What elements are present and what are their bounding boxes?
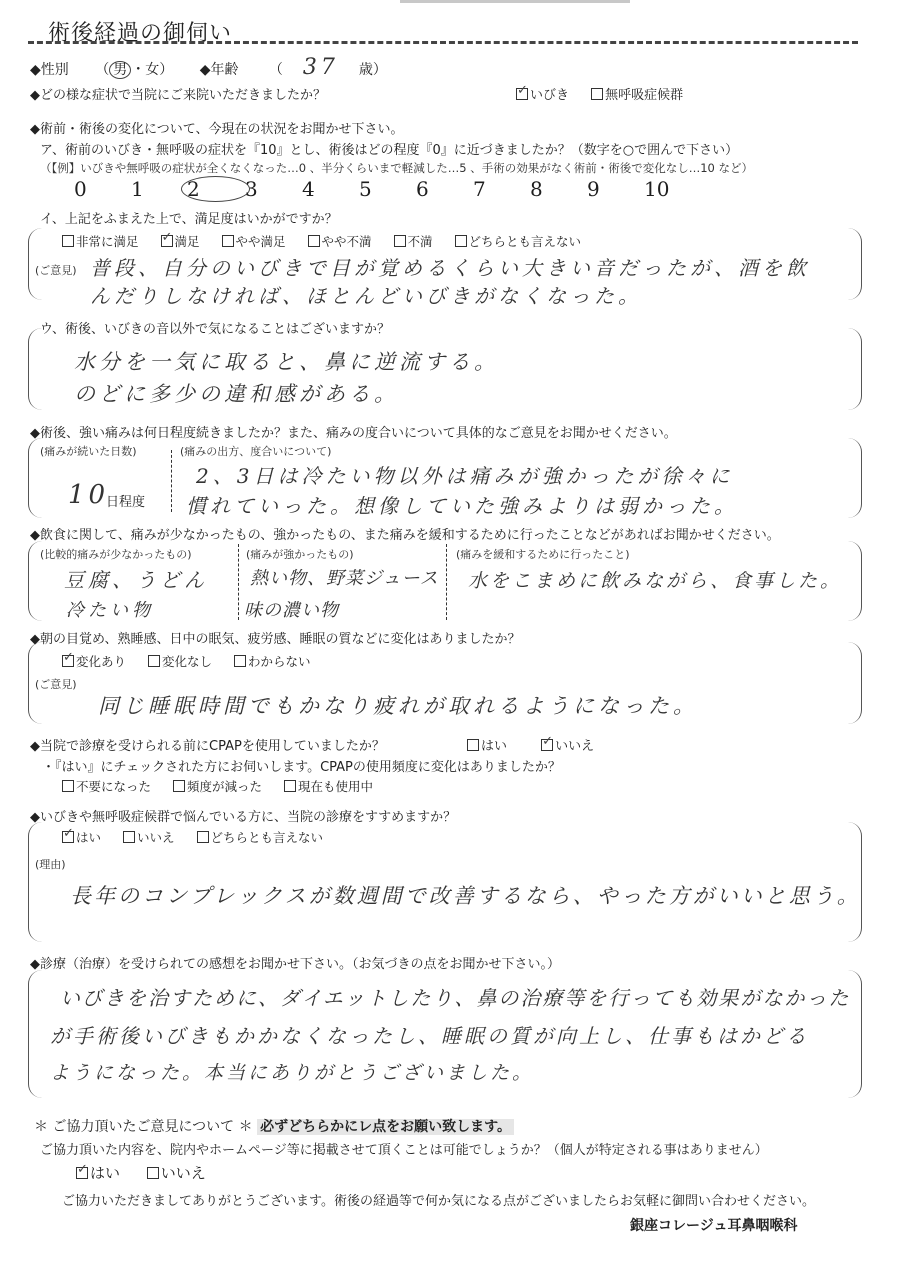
- consent-thanks: ご協力いただきましてありがとうございます。術後の経過等で何か気になる点がございま…: [62, 1190, 815, 1209]
- scale-7[interactable]: 7: [473, 177, 530, 201]
- food-divider-1: [238, 544, 239, 620]
- recommend-option-no[interactable]: いいえ: [123, 830, 175, 845]
- age-value[interactable]: 37: [303, 55, 339, 80]
- food-less-pain-line-2[interactable]: 冷たい物: [66, 596, 154, 622]
- pain-degree-line-2[interactable]: 慣れていった。想像していた強みよりは弱かった。: [186, 490, 738, 519]
- cpap-options: はい いいえ: [467, 735, 612, 754]
- scale-4[interactable]: 4: [302, 177, 359, 201]
- recommend-option-neither[interactable]: どちらとも言えない: [197, 830, 324, 845]
- other-concerns-line-2[interactable]: のどに多少の違和感がある。: [74, 378, 399, 408]
- recommend-options: はい いいえ どちらとも言えない: [62, 828, 341, 846]
- option-neither[interactable]: どちらとも言えない: [455, 234, 582, 249]
- satisfaction-opinion-line-1[interactable]: 普段、自分のいびきで目が覚めるくらい大きい音だったが、酒を飲: [90, 252, 810, 281]
- clinic-name: 銀座コレージュ耳鼻咽喉科: [630, 1215, 797, 1235]
- scale-10[interactable]: 10: [644, 177, 701, 201]
- option-still-using[interactable]: 現在も使用中: [284, 779, 373, 794]
- symptoms-question: ◆どの様な症状で当院にご来院いただきましたか？: [30, 84, 326, 103]
- scale-1[interactable]: 1: [131, 177, 188, 201]
- food-less-pain-line-1[interactable]: 豆腐、うどん: [64, 564, 208, 593]
- age-label: ◆年齢: [200, 62, 239, 78]
- change-a-question: ア、術前のいびき・無呼吸の症状を『10』とし、術後はどの程度『0』に近づきました…: [40, 139, 738, 158]
- impressions-line-1[interactable]: いびきを治すために、ダイエットしたり、鼻の治療等を行っても効果がなかった: [60, 982, 850, 1011]
- scale-9[interactable]: 9: [587, 177, 644, 201]
- sleep-opinion-label: (ご意見): [35, 676, 77, 692]
- recommend-reason-line-1[interactable]: 長年のコンプレックスが数週間で改善するなら、やった方がいいと思う。: [70, 880, 861, 910]
- option-satisfied[interactable]: 満足: [161, 234, 200, 249]
- option-somewhat-satisfied[interactable]: やや満足: [222, 234, 286, 249]
- option-no-longer-needed[interactable]: 不要になった: [62, 779, 151, 794]
- symptom-option-apnea[interactable]: 無呼吸症候群: [591, 88, 683, 103]
- option-very-satisfied[interactable]: 非常に満足: [62, 234, 139, 249]
- scale-2[interactable]: 2: [188, 176, 245, 202]
- checkbox-icon[interactable]: [591, 88, 603, 100]
- symptom-option-snoring[interactable]: いびき: [516, 88, 569, 103]
- pain-degree-label: (痛みの出方、度合いについて): [180, 443, 331, 459]
- severity-scale: 012345678910: [74, 176, 701, 202]
- recommend-option-yes[interactable]: はい: [62, 830, 101, 845]
- food-strong-pain-label: (痛みが強かったもの): [246, 546, 354, 562]
- food-relief-line-1[interactable]: 水をこまめに飲みながら、食事した。: [468, 566, 842, 593]
- consent-question: ご協力頂いた内容を、院内やホームページ等に掲載させて頂くことは可能でしょうか？（…: [40, 1139, 768, 1158]
- cpap-followup-options: 不要になった 頻度が減った 現在も使用中: [62, 777, 391, 795]
- change-example: （【例】いびきや無呼吸の症状が全くなくなった…0 、半分くらいまで軽減した…5 …: [40, 160, 753, 176]
- sleep-options: 変化あり 変化なし わからない: [62, 652, 329, 670]
- other-concerns-line-1[interactable]: 水分を一気に取ると、鼻に逆流する。: [74, 346, 499, 376]
- scale-3[interactable]: 3: [245, 177, 302, 201]
- scan-edge: [400, 0, 630, 3]
- impressions-line-3[interactable]: ようになった。本当にありがとうございました。: [50, 1058, 534, 1085]
- food-strong-pain-line-1[interactable]: 熱い物、野菜ジュース: [250, 564, 439, 590]
- scale-5[interactable]: 5: [359, 177, 416, 201]
- gender-age-row: ◆性別 （男・女） ◆年齢 （37歳）: [30, 55, 387, 80]
- opinion-label: (ご意見): [35, 262, 77, 278]
- consent-option-yes[interactable]: はい: [76, 1164, 120, 1182]
- option-no-change[interactable]: 変化なし: [148, 654, 212, 669]
- pain-days-label: (痛みが続いた日数): [40, 443, 137, 459]
- consent-heading: ＊ ご協力頂いたご意見について ＊ 必ずどちらかにレ点をお願い致します。: [34, 1116, 514, 1136]
- option-somewhat-dissatisfied[interactable]: やや不満: [308, 234, 372, 249]
- option-changed[interactable]: 変化あり: [62, 654, 126, 669]
- impressions-line-2[interactable]: が手術後いびきもかかなくなったし、睡眠の質が向上し、仕事もはかどる: [50, 1020, 809, 1049]
- gender-option-male[interactable]: 男: [109, 61, 131, 79]
- pain-days-unit: 日程度: [106, 491, 145, 510]
- cpap-followup: ・『はい』にチェックされた方にお伺いします。CPAPの使用頻度に変化はありました…: [42, 756, 561, 775]
- option-dissatisfied[interactable]: 不満: [394, 234, 433, 249]
- satisfaction-question: イ、上記をふまえた上で、満足度はいかがですか？: [40, 208, 338, 227]
- consent-heading-prefix: ＊ ご協力頂いたご意見について ＊: [34, 1119, 253, 1135]
- cpap-question: ◆当院で診療を受けられる前にCPAPを使用していましたか？: [30, 735, 385, 754]
- food-strong-pain-line-2[interactable]: 味の濃い物: [244, 596, 339, 622]
- pain-divider: [171, 450, 172, 512]
- consent-heading-emphasis: 必ずどちらかにレ点をお願い致します。: [257, 1119, 514, 1135]
- food-less-pain-label: (比較的痛みが少なかったもの): [40, 546, 192, 562]
- pain-days-value[interactable]: 10: [68, 480, 109, 510]
- satisfaction-options: 非常に満足 満足 やや満足 やや不満 不満 どちらとも言えない: [62, 232, 599, 250]
- title-divider: [28, 41, 858, 44]
- option-less-frequent[interactable]: 頻度が減った: [173, 779, 262, 794]
- scale-0[interactable]: 0: [74, 177, 131, 201]
- symptoms-options: いびき 無呼吸症候群: [516, 84, 701, 103]
- option-unknown[interactable]: わからない: [234, 654, 311, 669]
- cpap-option-yes[interactable]: はい: [467, 739, 507, 754]
- scale-8[interactable]: 8: [530, 177, 587, 201]
- sleep-opinion-line-1[interactable]: 同じ睡眠時間でもかなり疲れが取れるようになった。: [98, 690, 698, 720]
- reason-label: (理由): [35, 856, 66, 872]
- cpap-option-no[interactable]: いいえ: [541, 739, 594, 754]
- scale-6[interactable]: 6: [416, 177, 473, 201]
- checkbox-checked-icon[interactable]: [516, 88, 528, 100]
- satisfaction-opinion-line-2[interactable]: んだりしなければ、ほとんどいびきがなくなった。: [90, 280, 642, 309]
- gender-label: ◆性別: [30, 62, 69, 78]
- food-relief-label: (痛みを緩和するために行ったこと): [456, 546, 630, 562]
- gender-option-female[interactable]: 女: [145, 62, 159, 78]
- consent-option-no[interactable]: いいえ: [147, 1164, 206, 1182]
- age-unit: 歳: [359, 62, 373, 78]
- food-divider-2: [446, 544, 447, 620]
- pain-degree-line-1[interactable]: 2、3日は冷たい物以外は痛みが強かったが徐々に: [196, 460, 733, 489]
- consent-options: はい いいえ: [76, 1162, 224, 1183]
- change-question: ◆術前・術後の変化について、今現在の状況をお聞かせ下さい。: [30, 118, 403, 137]
